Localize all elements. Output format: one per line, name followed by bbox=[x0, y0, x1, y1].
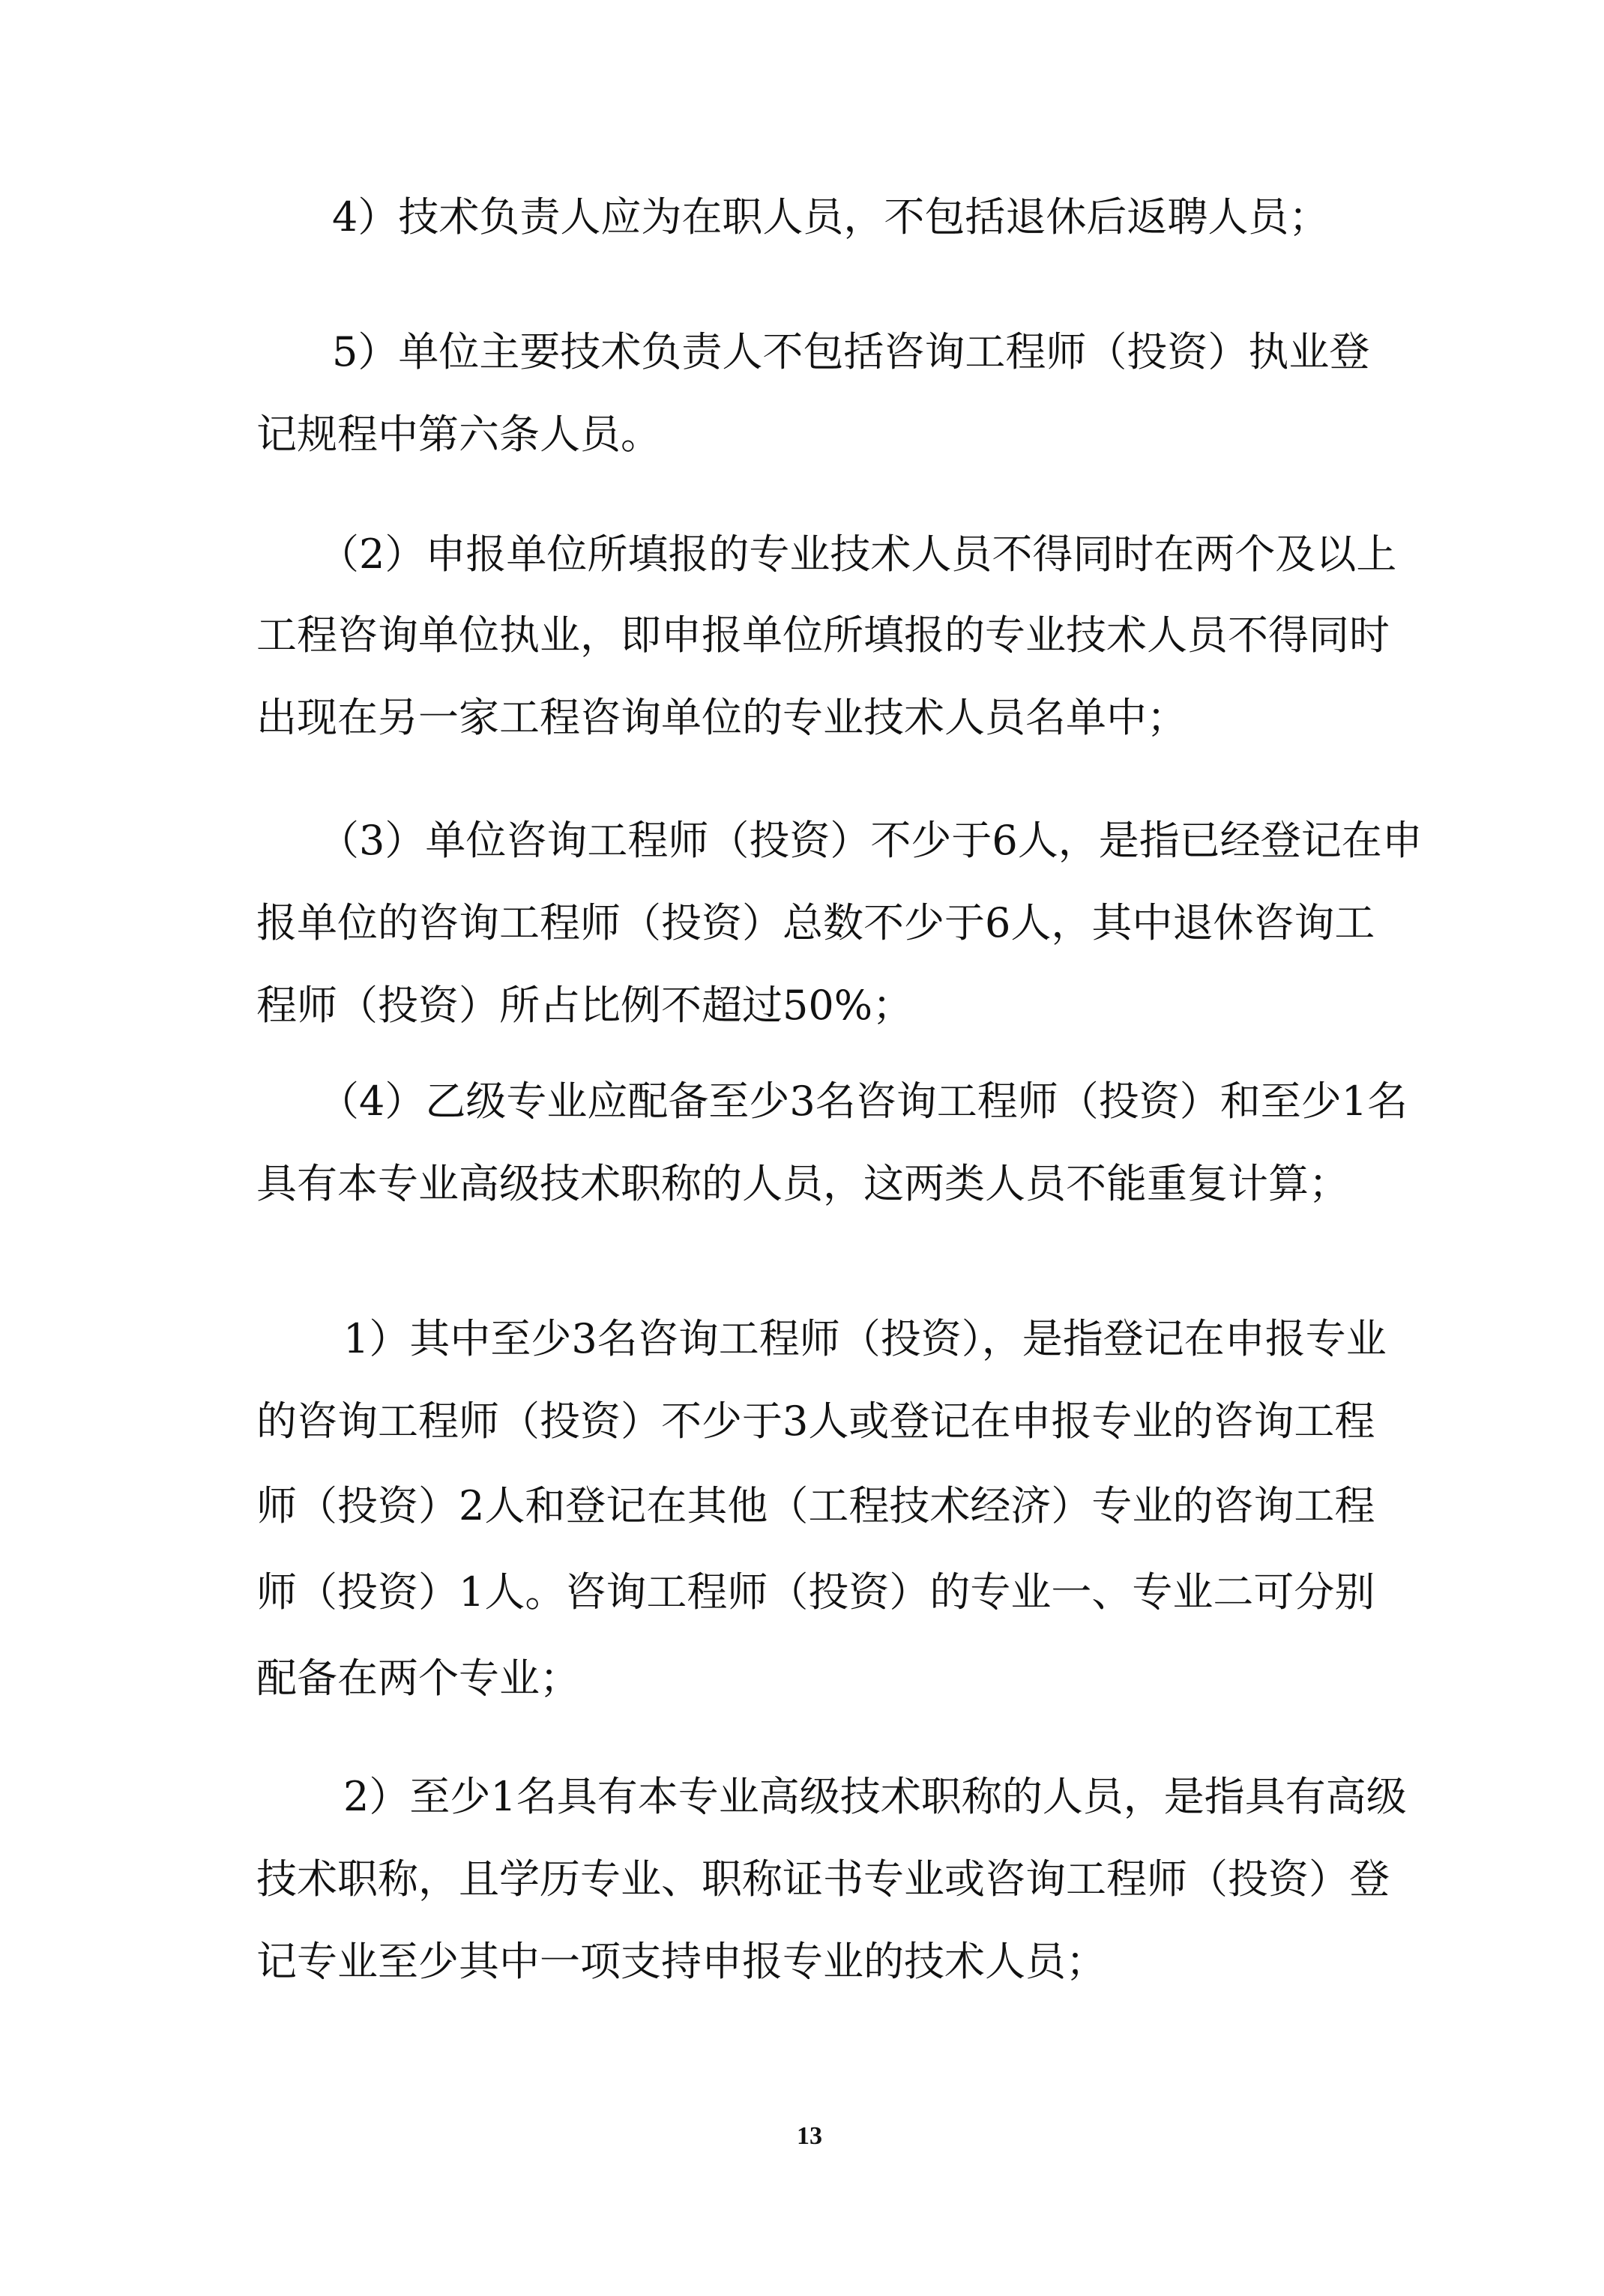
paragraph-clause-4-line-2: 具有本专业高级技术职称的人员，这两类人员不能重复计算； bbox=[256, 1158, 1396, 1210]
paragraph-clause-3-line-1: （3）单位咨询工程师（投资）不少于6人，是指已经登记在申 bbox=[319, 815, 1458, 867]
paragraph-clause-2-line-1: （2）申报单位所填报的专业技术人员不得同时在两个及以上 bbox=[319, 528, 1458, 581]
paragraph-clause-2-line-2: 工程咨询单位执业，即申报单位所填报的专业技术人员不得同时 bbox=[256, 609, 1396, 662]
paragraph-clause-4-item-2-line-3: 记专业至少其中一项支持申报专业的技术人员； bbox=[256, 1936, 1396, 1988]
paragraph-clause-4-item-1-line-3: 师（投资）2人和登记在其他（工程技术经济）专业的咨询工程 bbox=[256, 1480, 1396, 1532]
page-number: 13 bbox=[780, 2118, 839, 2155]
paragraph-clause-4-item-1-line-5: 配备在两个专业； bbox=[256, 1652, 1396, 1705]
paragraph-item-5-line-1: 5）单位主要技术负责人不包括咨询工程师（投资）执业登 bbox=[332, 326, 1471, 378]
paragraph-clause-4-item-1-line-4: 师（投资）1人。咨询工程师（投资）的专业一、专业二可分别 bbox=[256, 1566, 1396, 1619]
paragraph-clause-4-item-2-line-2: 技术职称，且学历专业、职称证书专业或咨询工程师（投资）登 bbox=[256, 1853, 1396, 1906]
paragraph-item-5-line-2: 记规程中第六条人员。 bbox=[256, 408, 1396, 461]
paragraph-clause-4-item-2-line-1: 2）至少1名具有本专业高级技术职称的人员，是指具有高级 bbox=[343, 1771, 1483, 1823]
paragraph-clause-2-line-3: 出现在另一家工程咨询单位的专业技术人员名单中； bbox=[256, 692, 1396, 744]
paragraph-clause-4-item-1-line-2: 的咨询工程师（投资）不少于3人或登记在申报专业的咨询工程 bbox=[256, 1395, 1396, 1448]
paragraph-clause-3-line-3: 程师（投资）所占比例不超过50%； bbox=[256, 979, 1396, 1032]
document-page: 4）技术负责人应为在职人员，不包括退休后返聘人员； 5）单位主要技术负责人不包括… bbox=[0, 0, 1604, 2296]
paragraph-clause-3-line-2: 报单位的咨询工程师（投资）总数不少于6人，其中退休咨询工 bbox=[256, 897, 1396, 949]
paragraph-clause-4-line-1: （4）乙级专业应配备至少3名咨询工程师（投资）和至少1名 bbox=[319, 1075, 1458, 1128]
paragraph-item-4-line-1: 4）技术负责人应为在职人员，不包括退休后返聘人员； bbox=[332, 191, 1471, 244]
paragraph-clause-4-item-1-line-1: 1）其中至少3名咨询工程师（投资），是指登记在申报专业 bbox=[343, 1313, 1483, 1365]
